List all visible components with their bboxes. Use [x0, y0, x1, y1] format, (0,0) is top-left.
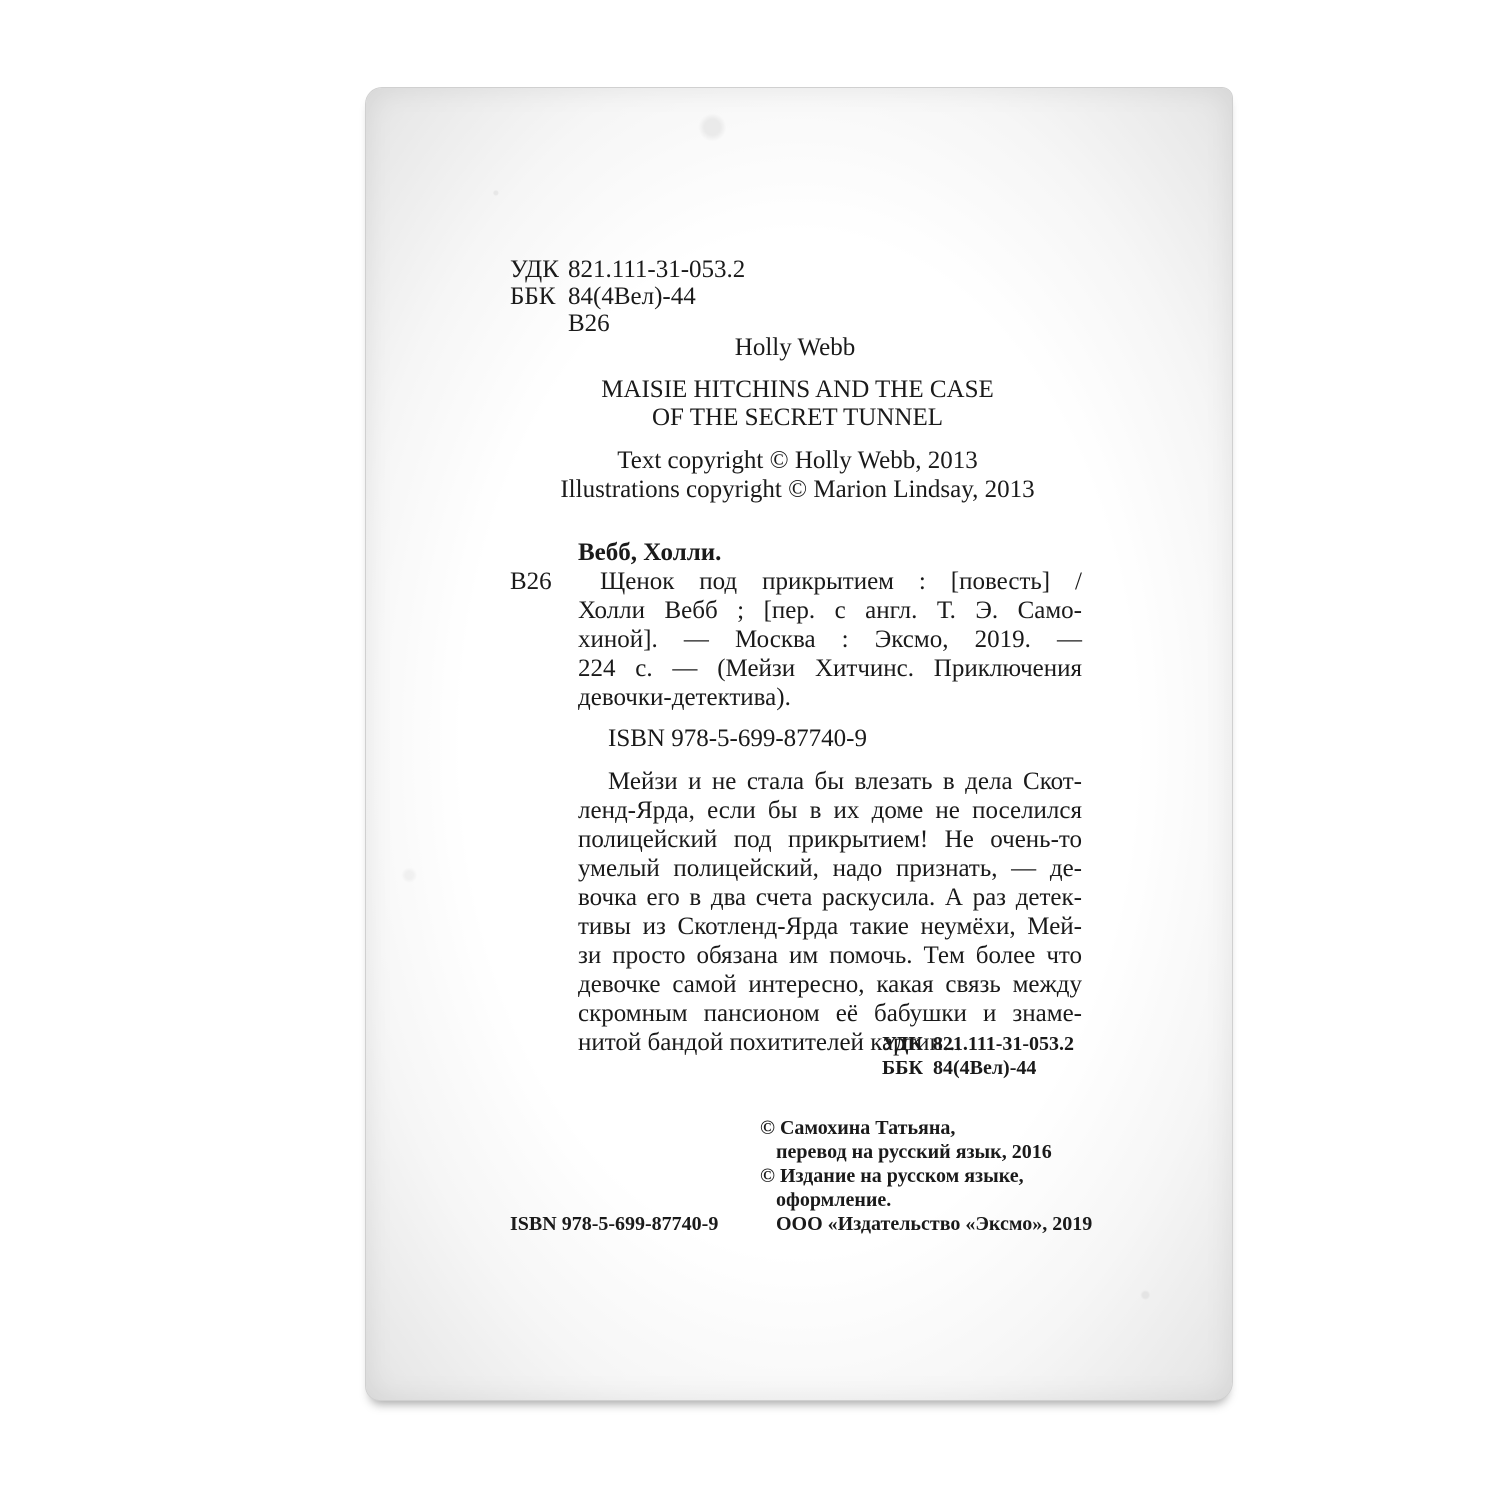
catalog-line: Холли Вебб ; [пер. с англ. Т. Э. Само-: [578, 596, 1082, 625]
original-author: Holly Webb: [510, 333, 1080, 362]
annotation-line: полицейский под прикрытием! Не очень-то: [578, 825, 1082, 854]
annotation-line: Мейзи и не стала бы влезать в дела Скот-: [608, 767, 1082, 796]
udk-label: УДК: [510, 255, 559, 284]
original-title-line2: OF THE SECRET TUNNEL: [500, 403, 1095, 432]
imprint-line: © Издание на русском языке,: [760, 1164, 1024, 1188]
catalog-line: хиной]. — Москва : Эксмо, 2019. —: [578, 625, 1082, 654]
catalog-line: девочки-детектива).: [578, 683, 791, 712]
annotation-bbk: ББК 84(4Вел)-44: [882, 1056, 1036, 1080]
annotation-line: зи просто обязана им помочь. Тем более ч…: [578, 941, 1082, 970]
text-copyright: Text copyright © Holly Webb, 2013: [500, 446, 1095, 475]
imprint-line: © Самохина Татьяна,: [760, 1116, 955, 1140]
bbk-label: ББК: [510, 282, 555, 311]
imprint-line: оформление.: [776, 1188, 891, 1212]
catalog-isbn: ISBN 978-5-699-87740-9: [608, 724, 867, 753]
annotation-line: ленд-Ярда, если бы в их доме не поселилс…: [578, 796, 1082, 825]
original-title-line1: MAISIE HITCHINS AND THE CASE: [500, 375, 1095, 404]
catalog-heading: Вебб, Холли.: [578, 538, 721, 567]
annotation-line: скромным пансионом её бабушки и знаме-: [578, 999, 1082, 1028]
annotation-line: тивы из Скотленд-Ярда такие неумёхи, Мей…: [578, 912, 1082, 941]
annotation-line: умелый полицейский, надо признать, — де-: [578, 854, 1082, 883]
udk-value: 821.111-31-053.2: [568, 255, 745, 284]
imprint-line: ООО «Издательство «Эксмо», 2019: [776, 1212, 1092, 1236]
illustrations-copyright: Illustrations copyright © Marion Lindsay…: [500, 475, 1095, 504]
imprint-line: перевод на русский язык, 2016: [776, 1140, 1052, 1164]
annotation-udk: УДК 821.111-31-053.2: [882, 1032, 1074, 1056]
catalog-mark: В26: [510, 567, 552, 596]
annotation-line: вочка его в два счета раскусила. А раз д…: [578, 883, 1082, 912]
catalog-line: Щенок под прикрытием : [повесть] /: [600, 567, 1082, 596]
catalog-line: 224 с. — (Мейзи Хитчинс. Приключения: [578, 654, 1082, 683]
imprint-isbn: ISBN 978-5-699-87740-9: [510, 1212, 718, 1236]
bbk-value: 84(4Вел)-44: [568, 282, 696, 311]
annotation-line: девочке самой интересно, какая связь меж…: [578, 970, 1082, 999]
